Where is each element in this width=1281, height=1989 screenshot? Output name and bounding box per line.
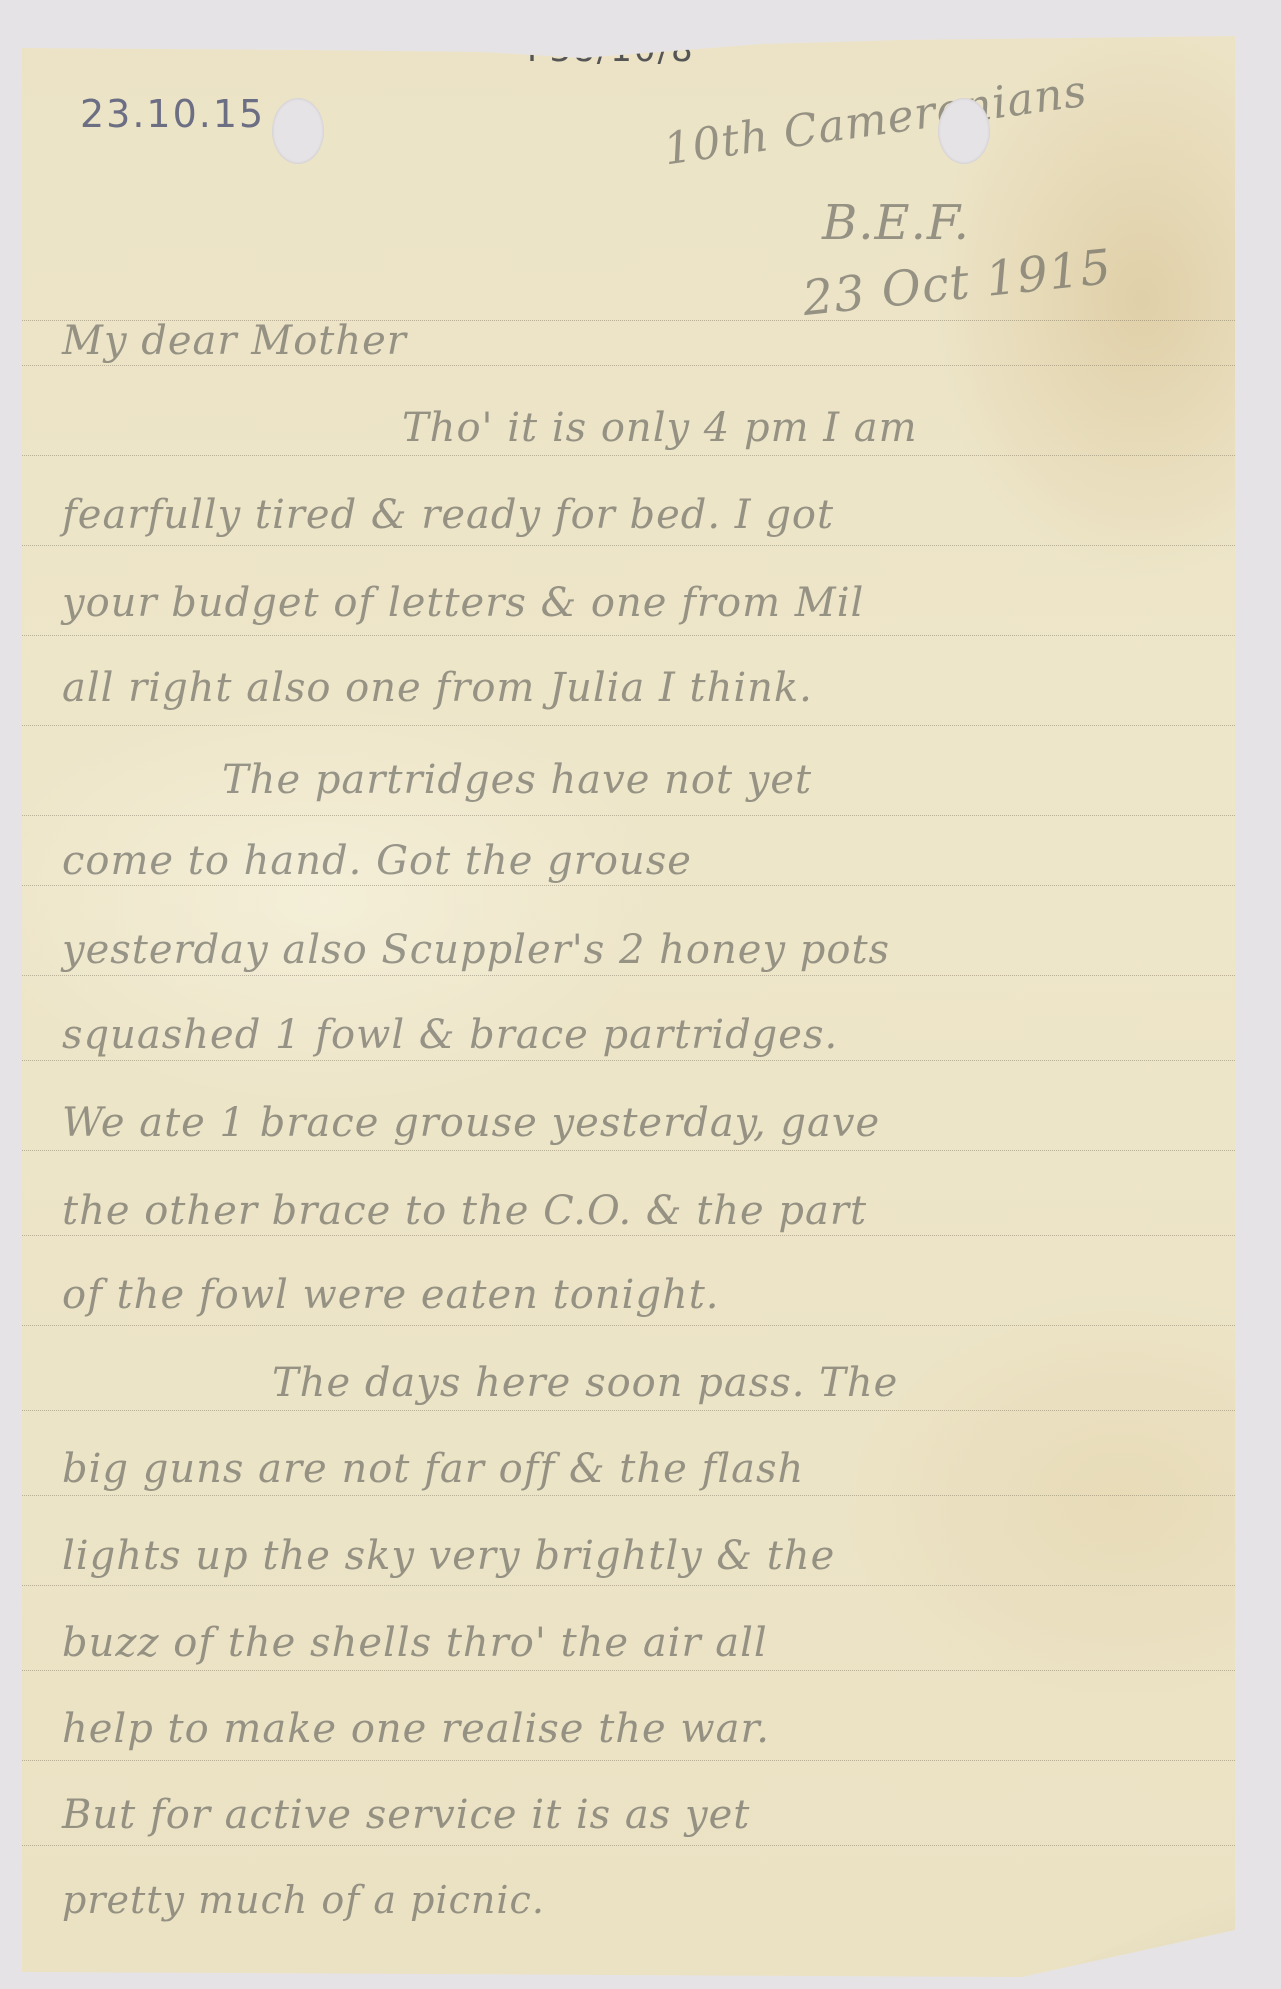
ruled-line	[22, 1670, 1235, 1671]
ruled-line	[22, 1845, 1235, 1846]
body-line: The partridges have not yet	[222, 757, 812, 803]
ruled-line	[22, 1325, 1235, 1326]
body-line: your budget of letters & one from Mil	[62, 580, 864, 626]
ruled-line	[22, 1150, 1235, 1151]
body-line: Tho' it is only 4 pm I am	[402, 405, 918, 451]
body-line: help to make one realise the war.	[62, 1706, 770, 1752]
ruled-line	[22, 635, 1235, 636]
ruled-line	[22, 1060, 1235, 1061]
body-line: of the fowl were eaten tonight.	[62, 1272, 719, 1318]
ruled-line	[22, 815, 1235, 816]
ruled-line	[22, 365, 1235, 366]
archive-date-note: 23.10.15	[80, 92, 265, 136]
ruled-line	[22, 1760, 1235, 1761]
body-line: yesterday also Scuppler's 2 honey pots	[62, 927, 890, 973]
ruled-line	[22, 455, 1235, 456]
salutation: My dear Mother	[62, 318, 407, 364]
body-line: squashed 1 fowl & brace partridges.	[62, 1012, 838, 1058]
body-line: The days here soon pass. The	[272, 1360, 898, 1406]
body-line: buzz of the shells thro' the air all	[62, 1620, 768, 1666]
ruled-line	[22, 545, 1235, 546]
letter-date: 23 Oct 1915	[800, 239, 1114, 327]
address-line-2: B.E.F.	[822, 195, 970, 251]
address-line-1: 10th Cameronians	[661, 66, 1091, 176]
ruled-line	[22, 975, 1235, 976]
body-line: lights up the sky very brightly & the	[62, 1533, 835, 1579]
ruled-line	[22, 1410, 1235, 1411]
ruled-line	[22, 725, 1235, 726]
body-line: all right also one from Julia I think.	[62, 665, 813, 711]
punch-hole-left	[272, 98, 324, 164]
folded-corner	[1044, 1885, 1259, 1980]
body-line: the other brace to the C.O. & the part	[62, 1188, 867, 1234]
archive-reference: P38/10/8	[527, 30, 695, 70]
letter-page: 23.10.15 P38/10/8 10th Cameronians B.E.F…	[22, 0, 1235, 1989]
ruled-line	[22, 1585, 1235, 1586]
ruled-line	[22, 885, 1235, 886]
body-line: We ate 1 brace grouse yesterday, gave	[62, 1100, 880, 1146]
punch-hole-right	[938, 98, 990, 164]
body-line: pretty much of a picnic.	[62, 1878, 545, 1922]
body-line: But for active service it is as yet	[62, 1792, 750, 1838]
body-line: come to hand. Got the grouse	[62, 838, 692, 884]
body-line: big guns are not far off & the flash	[62, 1446, 804, 1492]
ruled-line	[22, 1235, 1235, 1236]
ruled-line	[22, 1495, 1235, 1496]
body-line: fearfully tired & ready for bed. I got	[62, 492, 834, 538]
